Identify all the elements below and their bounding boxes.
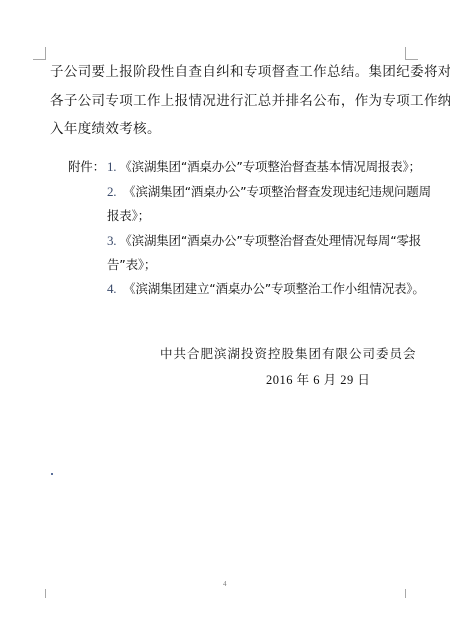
- attachment-number: 1.: [107, 159, 116, 174]
- attachment-number: 2.: [107, 184, 116, 199]
- attachment-item-3-continued: 告”表》；: [107, 257, 156, 273]
- attachment-item-1: 1.《滨湖集团“酒桌办公”专项整治督查基本情况周报表》；: [107, 159, 421, 175]
- paragraph-mark: [51, 473, 53, 475]
- page-number: 4: [223, 580, 227, 588]
- attachments-label: 附件：: [68, 159, 105, 175]
- body-text-line: 入年度绩效考核。: [50, 121, 161, 137]
- attachment-item-3: 3.《滨湖集团“酒桌办公”专项整治督查处理情况每周“零报: [107, 233, 421, 249]
- attachment-item-2: 2. 《滨湖集团“酒桌办公”专项整治督查发现违纪违规问题周: [107, 184, 431, 200]
- margin-corner-top-left: [33, 47, 46, 60]
- margin-corner-bottom-left: [45, 589, 46, 598]
- body-text-line: 各子公司专项工作上报情况进行汇总并排名公布，作为专项工作纳: [50, 93, 450, 109]
- margin-corner-bottom-right: [405, 589, 406, 598]
- signature-date-text: 2016 年 6 月 29 日: [266, 373, 370, 387]
- attachment-item-2-continued: 报表》；: [107, 208, 150, 224]
- attachment-title: 《滨湖集团“酒桌办公”专项整治督查处理情况每周“零报: [119, 233, 421, 248]
- attachment-title: 《滨湖集团建立“酒桌办公”专项整治工作小组情况表》。: [123, 281, 425, 296]
- body-text-line: 子公司要上报阶段性自查自纠和专项督查工作总结。集团纪委将对: [50, 64, 450, 80]
- attachment-title: 《滨湖集团“酒桌办公”专项整治督查基本情况周报表》；: [119, 159, 421, 174]
- attachment-number: 3.: [107, 233, 116, 248]
- attachment-number: 4.: [107, 281, 116, 296]
- attachment-item-4: 4. 《滨湖集团建立“酒桌办公”专项整治工作小组情况表》。: [107, 281, 425, 297]
- signature-date: 2016 年 6 月 29 日: [266, 372, 370, 388]
- document-page: 子公司要上报阶段性自查自纠和专项督查工作总结。集团纪委将对 各子公司专项工作上报…: [0, 0, 450, 624]
- signature-organization: 中共合肥滨湖投资控股集团有限公司委员会: [160, 346, 417, 362]
- margin-corner-top-right: [405, 47, 418, 60]
- attachment-title: 《滨湖集团“酒桌办公”专项整治督查发现违纪违规问题周: [123, 184, 431, 199]
